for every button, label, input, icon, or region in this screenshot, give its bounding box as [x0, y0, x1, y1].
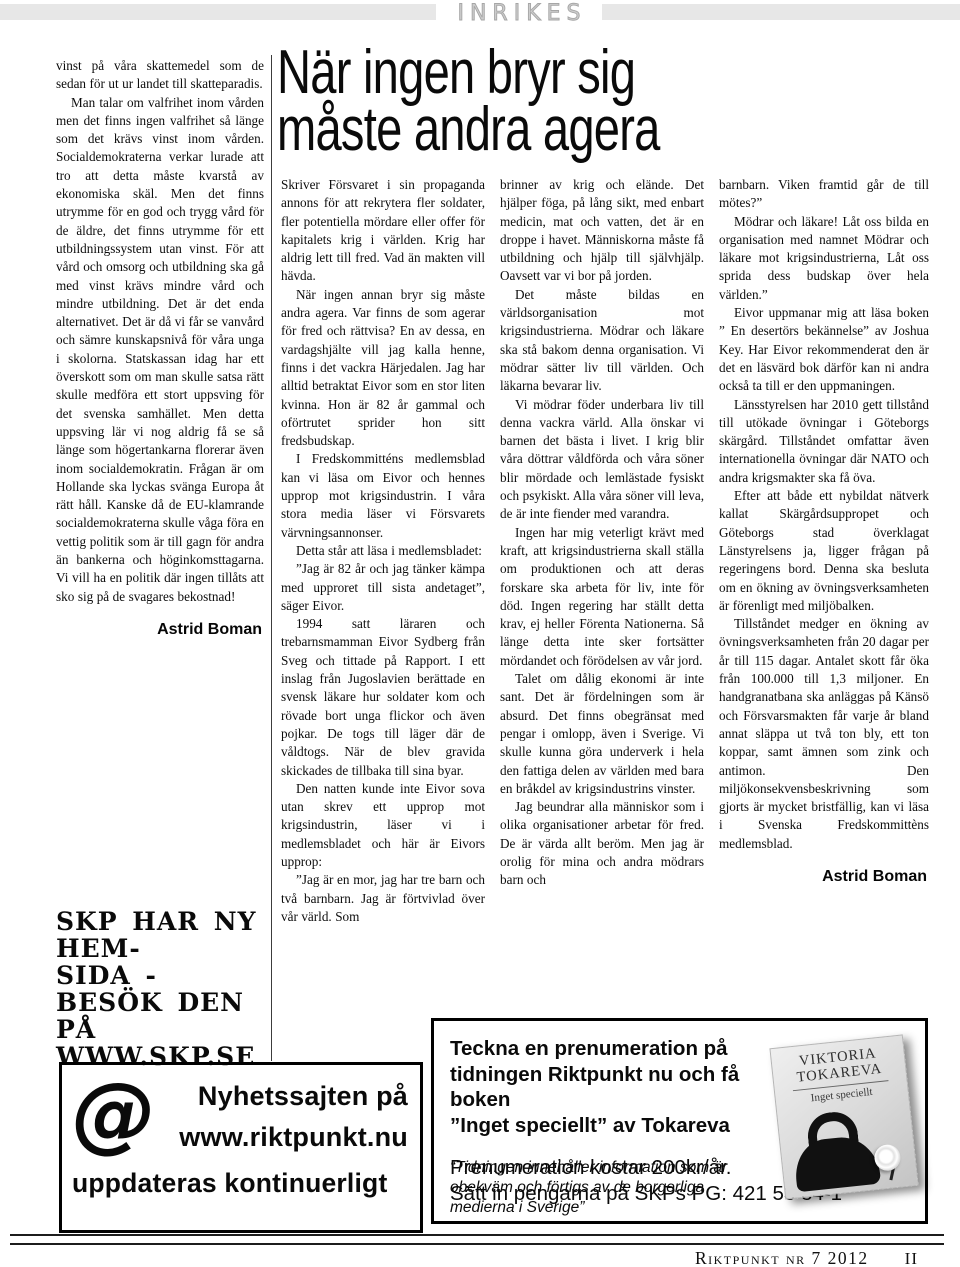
- paragraph: I Fredskommitténs medlemsblad kan vi läs…: [281, 450, 485, 541]
- newspaper-page: INRIKES vinst på våra skattemedel som de…: [0, 0, 960, 1267]
- section-label: INRIKES: [451, 3, 586, 25]
- paragraph: Tillståndet medger en ökning av övningsv…: [719, 615, 929, 853]
- page-footer: Riktpunkt nr 7 2012 II: [0, 1248, 918, 1267]
- paragraph: Efter att både ett nybildat nätverk kall…: [719, 487, 929, 615]
- article-column-3: barnbarn. Viken framtid går de till möte…: [719, 176, 929, 926]
- paragraph: Ingen har mig veterligt krävt med kraft,…: [500, 524, 704, 670]
- paragraph: vinst på våra skattemedel som de sedan f…: [56, 57, 264, 94]
- at-sign-icon: @: [72, 1071, 156, 1155]
- left-article-column: vinst på våra skattemedel som de sedan f…: [56, 57, 264, 639]
- book-cover: VIKTORIA TOKAREVA Inget speciellt: [769, 1034, 918, 1199]
- footer-rule-top: [10, 1234, 944, 1236]
- article-column-2: brinner av krig och elände. Det hjälper …: [500, 176, 704, 926]
- article-headline: När ingen bryr sig måste andra agera: [277, 44, 927, 158]
- skp-website-notice: SKP HAR NY HEM- SIDA - BESÖK DEN PÅ WWW.…: [56, 908, 274, 1070]
- ad-subscription: Teckna en prenumeration på tidningen Rik…: [431, 1018, 928, 1224]
- paragraph: Det måste bildas en världsorganisation m…: [500, 286, 704, 396]
- paragraph: Den natten kunde inte Eivor sova utan sk…: [281, 780, 485, 871]
- ad-news-line: Nyhetssajten på: [156, 1076, 408, 1117]
- notice-line: SIDA - BESÖK DEN: [56, 962, 274, 1016]
- ad-news-url: www.riktpunkt.nu: [156, 1117, 408, 1158]
- byline: Astrid Boman: [56, 621, 264, 639]
- paragraph: Talet om dålig ekonomi är inte sant. Det…: [500, 670, 704, 798]
- article-body: Skriver Försvaret i sin propaganda annon…: [281, 176, 929, 926]
- book-cover-art: [785, 1097, 911, 1193]
- ad-news-website: @ Nyhetssajten på www.riktpunkt.nu uppda…: [59, 1062, 423, 1233]
- ad-news-tagline: uppdateras kontinuerligt: [72, 1168, 408, 1198]
- paragraph: brinner av krig och elände. Det hjälper …: [500, 176, 704, 286]
- paragraph: Mödrar och läkare! Låt oss bilda en orga…: [719, 213, 929, 304]
- section-label-box: INRIKES: [436, 0, 602, 27]
- offer-line: Teckna en prenumeration på: [450, 1036, 780, 1062]
- paragraph: När ingen annan bryr sig måste andra age…: [281, 286, 485, 451]
- paragraph: Man talar om valfrihet inom vården men d…: [56, 94, 264, 606]
- paragraph: Eivor uppmanar mig att läsa boken ” En d…: [719, 304, 929, 395]
- byline: Astrid Boman: [719, 868, 929, 886]
- paragraph: Länsstyrelsen har 2010 gett tillstånd ti…: [719, 396, 929, 487]
- paragraph: barnbarn. Viken framtid går de till möte…: [719, 176, 929, 213]
- paragraph: 1994 satt läraren och trebarnsmamman Eiv…: [281, 615, 485, 780]
- paragraph: Skriver Försvaret i sin propaganda annon…: [281, 176, 485, 286]
- subscription-offer: Teckna en prenumeration på tidningen Rik…: [450, 1036, 780, 1138]
- offer-line: ”Inget speciellt” av Tokareva: [450, 1113, 780, 1139]
- paragraph: Jag beundrar alla människor som i olika …: [500, 798, 704, 889]
- page-number: II: [905, 1249, 918, 1267]
- publication-name: Riktpunkt nr 7 2012: [695, 1248, 869, 1267]
- ad-news-lines: Nyhetssajten på www.riktpunkt.nu: [156, 1076, 408, 1158]
- paragraph: Vi mödrar föder underbara liv till denna…: [500, 396, 704, 524]
- offer-line: tidningen Riktpunkt nu och få boken: [450, 1062, 780, 1113]
- paragraph: ”Jag är 82 år och jag tänker kämpa med u…: [281, 560, 485, 615]
- paragraph: Detta står att läsa i medlemsbladet:: [281, 542, 485, 560]
- headline-line: måste andra agera: [277, 101, 771, 158]
- paragraph: ”Jag är en mor, jag har tre barn och två…: [281, 871, 485, 926]
- article-column-1: Skriver Försvaret i sin propaganda annon…: [281, 176, 485, 926]
- footer-rule-bottom: [10, 1243, 944, 1245]
- notice-line: SKP HAR NY HEM-: [56, 908, 274, 962]
- headline-line: När ingen bryr sig: [277, 44, 771, 101]
- iron-silhouette-icon: [792, 1134, 881, 1193]
- ad-news-row: @ Nyhetssajten på www.riktpunkt.nu: [72, 1075, 408, 1159]
